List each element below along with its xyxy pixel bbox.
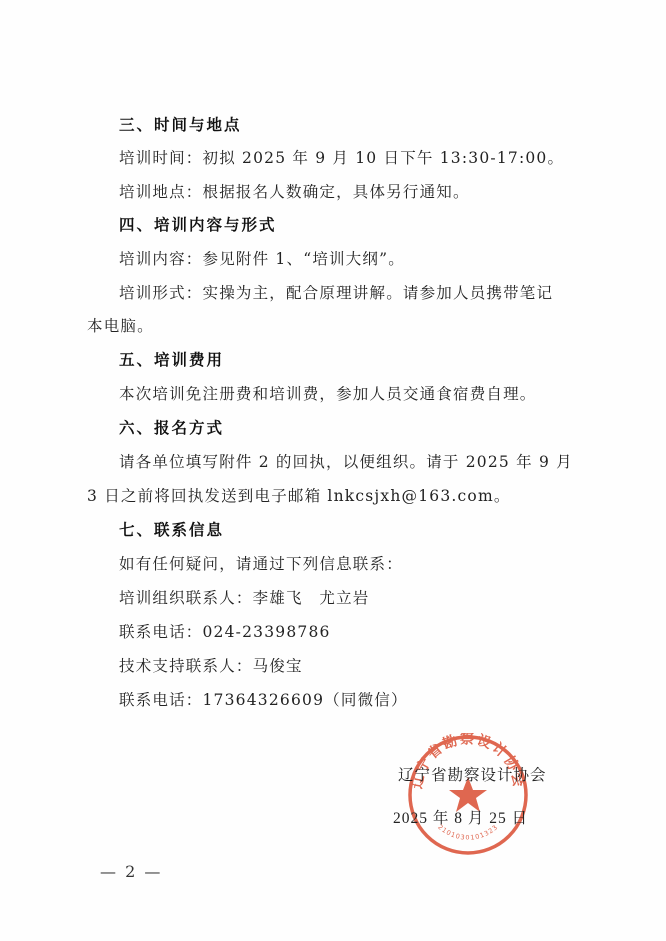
paragraph-registration: 请各单位填写附件 2 的回执，以便组织。请于 2025 年 9 月: [119, 452, 614, 472]
document-page: 三、时间与地点 培训时间：初拟 2025 年 9 月 10 日下午 13:30-…: [0, 0, 666, 941]
paragraph-training-content: 培训内容：参见附件 1、“培训大纲”。: [119, 249, 614, 269]
paragraph-tech-phone: 联系电话：17364326609（同微信）: [119, 690, 614, 710]
paragraph-training-location: 培训地点：根据报名人数确定，具体另行通知。: [119, 182, 614, 202]
page-number: — 2 —: [100, 862, 162, 881]
section-heading-content-format: 四、培训内容与形式: [119, 215, 614, 235]
section-heading-registration: 六、报名方式: [119, 418, 614, 438]
paragraph-registration-email: 3 日之前将回执发送到电子邮箱 lnkcsjxh@163.com。: [87, 486, 582, 506]
section-heading-fees: 五、培训费用: [119, 350, 614, 370]
paragraph-organizer-contacts: 培训组织联系人：李雄飞 尤立岩: [119, 588, 614, 608]
paragraph-fees: 本次培训免注册费和培训费，参加人员交通食宿费自理。: [119, 384, 614, 404]
section-heading-time-location: 三、时间与地点: [119, 115, 614, 135]
signature-date: 2025 年 8 月 25 日: [393, 809, 528, 829]
paragraph-training-format-cont: 本电脑。: [87, 316, 582, 336]
paragraph-organizer-phone: 联系电话：024-23398786: [119, 622, 614, 642]
paragraph-tech-contact: 技术支持联系人：马俊宝: [119, 656, 614, 676]
paragraph-contact-intro: 如有任何疑问，请通过下列信息联系：: [119, 554, 614, 574]
official-seal-icon: 辽宁省勘察设计协会 2101030101323: [406, 733, 530, 857]
signature-organization: 辽宁省勘察设计协会: [398, 765, 547, 785]
paragraph-training-time: 培训时间：初拟 2025 年 9 月 10 日下午 13:30-17:00。: [119, 148, 614, 168]
paragraph-training-format: 培训形式：实操为主，配合原理讲解。请参加人员携带笔记: [119, 283, 614, 303]
section-heading-contact: 七、联系信息: [119, 520, 614, 540]
